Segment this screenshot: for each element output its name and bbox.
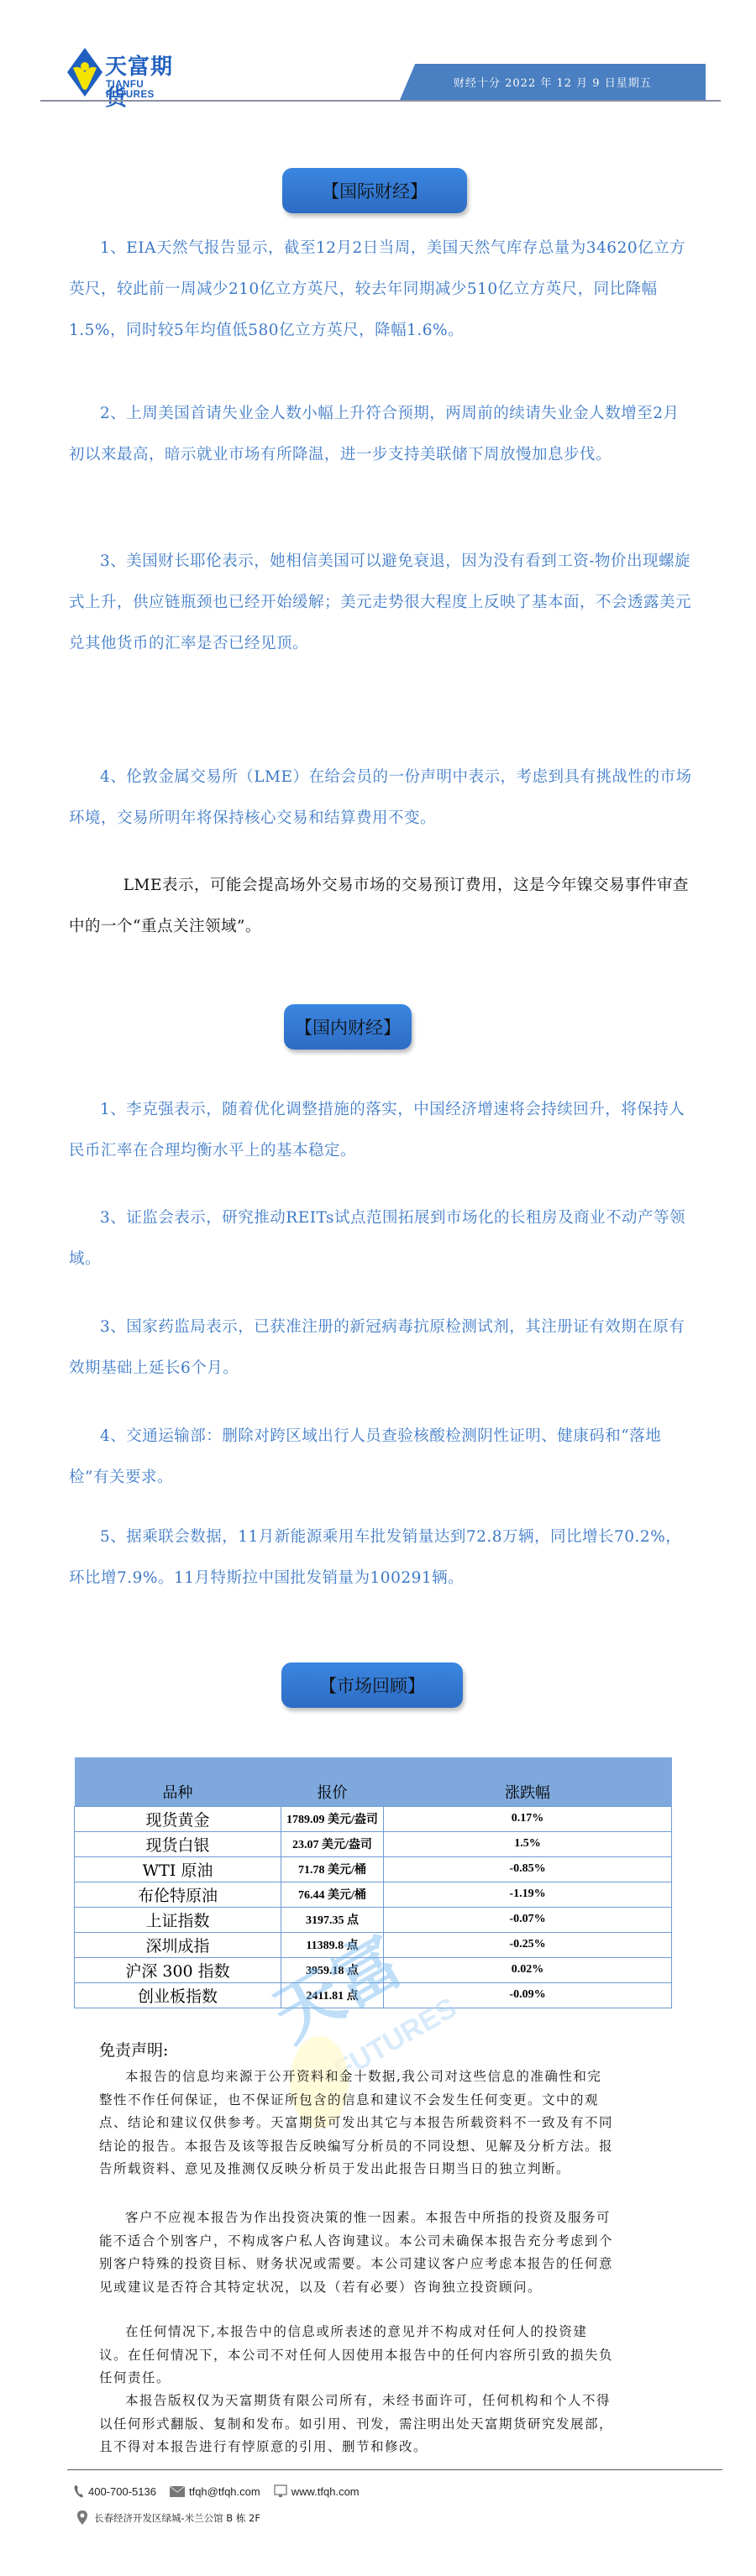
email-address[interactable]: tfqh@tfqh.com [189, 2485, 260, 2498]
instrument-name: WTI 原油 [75, 1856, 281, 1882]
contact-info: 400-700-5136 tfqh@tfqh.com www.tfqh.com [74, 2484, 373, 2498]
domestic-news-2: 3、证监会表示，研究推动REITs试点范围拓展到市场化的长租房及商业不动产等领域… [69, 1197, 694, 1280]
logo-diamond-icon [67, 48, 102, 97]
instrument-name: 创业板指数 [75, 1982, 281, 2008]
instrument-name: 现货黄金 [75, 1806, 281, 1831]
intl-news-4: 4、伦敦金属交易所（LME）在给会员的一份声明中表示，考虑到具有挑战性的市场环境… [69, 757, 694, 839]
instrument-change: -0.09% [384, 1982, 672, 2008]
instrument-price: 23.07 美元/盎司 [281, 1831, 384, 1856]
phone-icon [74, 2484, 84, 2498]
table-row: 现货黄金 1789.09 美元/盎司 0.17% [75, 1806, 672, 1831]
table-row: 现货白银 23.07 美元/盎司 1.5% [75, 1831, 672, 1856]
company-logo: 天富期货 TIANFU FUTURES [67, 46, 185, 97]
table-row: WTI 原油 71.78 美元/桶 -0.85% [75, 1856, 672, 1882]
address-text: 长春经济开发区绿城-米兰公馆 B 栋 2F [94, 2511, 260, 2525]
table-row: 布伦特原油 76.44 美元/桶 -1.19% [75, 1882, 672, 1907]
instrument-price: 3197.35 点 [281, 1907, 384, 1932]
table-header-row: 品种 报价 涨跌幅 [75, 1757, 672, 1806]
intl-news-2: 2、上周美国首请失业金人数小幅上升符合预期，两周前的续请失业金人数增至2月初以来… [69, 393, 694, 475]
domestic-news-5: 5、据乘联会数据，11月新能源乘用车批发销量达到72.8万辆，同比增长70.2%… [69, 1516, 694, 1599]
instrument-change: -0.85% [384, 1856, 672, 1882]
instrument-name: 沪深 300 指数 [75, 1957, 281, 1982]
domestic-news-1: 1、李克强表示，随着优化调整措施的落实，中国经济增速将会持续回升，将保持人民币汇… [69, 1089, 694, 1171]
instrument-name: 现货白银 [75, 1831, 281, 1856]
instrument-price: 11389.8 点 [281, 1932, 384, 1957]
instrument-change: -1.19% [384, 1882, 672, 1907]
disclaimer-paragraph-4: 本报告版权仅为天富期货有限公司所有，未经书面许可，任何机构和个人不得以任何形式翻… [99, 2390, 613, 2459]
report-header: 天富期货 TIANFU FUTURES 财经十分 2022 年 12 月 9 日… [0, 0, 756, 105]
instrument-name: 深圳成指 [75, 1932, 281, 1957]
section-title-international: 【国际财经】 [282, 168, 467, 213]
section-title-domestic: 【国内财经】 [284, 1004, 412, 1050]
disclaimer-paragraph-1: 本报告的信息均来源于公开资料和金十数据,我公司对这些信息的准确性和完整性不作任何… [99, 2066, 613, 2181]
disclaimer-title: 免责声明: [99, 2038, 168, 2060]
email-contact[interactable]: tfqh@tfqh.com [170, 2485, 260, 2498]
instrument-change: 0.02% [384, 1957, 672, 1982]
website-link[interactable]: www.tfqh.com [291, 2485, 360, 2498]
table-row: 沪深 300 指数 3959.18 点 0.02% [75, 1957, 672, 1982]
instrument-name: 布伦特原油 [75, 1882, 281, 1907]
intl-news-1: 1、EIA天然气报告显示，截至12月2日当周，美国天然气库存总量为34620亿立… [69, 228, 694, 351]
table-row: 深圳成指 11389.8 点 -0.25% [75, 1932, 672, 1957]
instrument-change: 1.5% [384, 1831, 672, 1856]
disclaimer-paragraph-2: 客户不应视本报告为作出投资决策的惟一因素。本报告中所指的投资及服务可能不适合个别… [99, 2207, 613, 2299]
header-divider [40, 100, 721, 102]
market-review-table: 品种 报价 涨跌幅 现货黄金 1789.09 美元/盎司 0.17% 现货白银 … [74, 1757, 672, 2008]
disclaimer-paragraph-3: 在任何情况下,本报告中的信息或所表述的意见并不构成对任何人的投资建议。在任何情况… [99, 2321, 613, 2390]
column-header-change: 涨跌幅 [384, 1757, 672, 1806]
intl-news-4-followup: LME表示，可能会提高场外交易市场的交易预订费用，这是今年镍交易事件审查中的一个… [69, 865, 694, 947]
phone-contact: 400-700-5136 [74, 2484, 156, 2498]
domestic-news-3: 3、国家药监局表示，已获准注册的新冠病毒抗原检测试剂，其注册证有效期在原有效期基… [69, 1306, 694, 1389]
instrument-price: 2411.81 点 [281, 1982, 384, 2008]
instrument-price: 76.44 美元/桶 [281, 1882, 384, 1907]
report-date: 财经十分 2022 年 12 月 9 日星期五 [454, 74, 652, 90]
address-info: 长春经济开发区绿城-米兰公馆 B 栋 2F [77, 2511, 260, 2525]
table-row: 创业板指数 2411.81 点 -0.09% [75, 1982, 672, 2008]
instrument-change: -0.07% [384, 1907, 672, 1932]
column-header-instrument: 品种 [75, 1757, 281, 1806]
section-title-market: 【市场回顾】 [281, 1662, 463, 1708]
phone-number: 400-700-5136 [88, 2485, 156, 2498]
domestic-news-4: 4、交通运输部：删除对跨区域出行人员查验核酸检测阴性证明、健康码和“落地检”有关… [69, 1416, 694, 1498]
location-pin-icon [77, 2511, 87, 2525]
footer-divider [67, 2469, 722, 2470]
column-header-price: 报价 [281, 1757, 384, 1806]
instrument-price: 71.78 美元/桶 [281, 1856, 384, 1882]
table-row: 上证指数 3197.35 点 -0.07% [75, 1907, 672, 1932]
instrument-name: 上证指数 [75, 1907, 281, 1932]
instrument-price: 3959.18 点 [281, 1957, 384, 1982]
email-icon [170, 2486, 185, 2497]
instrument-change: -0.25% [384, 1932, 672, 1957]
instrument-price: 1789.09 美元/盎司 [281, 1806, 384, 1831]
instrument-change: 0.17% [384, 1806, 672, 1831]
website-contact[interactable]: www.tfqh.com [274, 2484, 360, 2498]
intl-news-3: 3、美国财长耶伦表示，她相信美国可以避免衰退，因为没有看到工资-物价出现螺旋式上… [69, 541, 694, 664]
logo-english-name: TIANFU FUTURES [106, 80, 185, 100]
monitor-icon [274, 2484, 287, 2498]
